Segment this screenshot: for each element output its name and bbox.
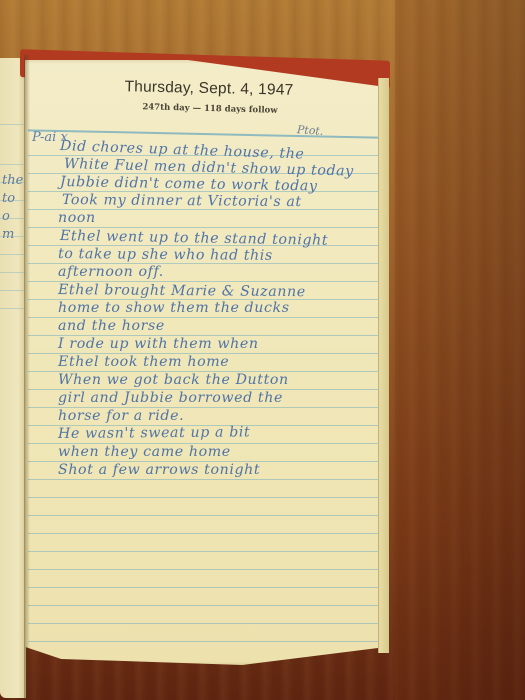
- entry-line: when they came home: [58, 444, 231, 460]
- wood-tabletop: [395, 0, 525, 700]
- entry-line: Shot a few arrows tonight: [58, 462, 260, 478]
- margin-note-top-right: Ptot.: [297, 123, 324, 138]
- left-page-edge: the to o m: [0, 58, 26, 698]
- entry-line: Took my dinner at Victoria's at: [62, 192, 302, 210]
- entry-line: Ethel took them home: [58, 354, 229, 370]
- entry-line: girl and Jubbie borrowed the: [58, 390, 283, 406]
- book-spine-shadow: [24, 55, 30, 700]
- entry-line: I rode up with them when: [58, 336, 259, 352]
- day-count-subtitle: 247th day — 118 days follow: [65, 100, 355, 118]
- page-date-title: Thursday, Sept. 4, 1947: [63, 77, 355, 101]
- left-page-fragment: m: [2, 227, 14, 242]
- entry-line: home to show them the ducks: [58, 300, 290, 316]
- left-page-fragment: the: [2, 173, 23, 188]
- entry-line: afternoon off.: [58, 264, 164, 280]
- page-header: Thursday, Sept. 4, 1947 247th day — 118 …: [25, 80, 355, 114]
- entry-line: Ethel brought Marie & Suzanne: [58, 282, 306, 300]
- left-page-fragment: o: [2, 209, 10, 224]
- entry-line: horse for a ride.: [58, 408, 184, 424]
- entry-line: When we got back the Dutton: [58, 372, 289, 388]
- page-stack-edge: [378, 78, 389, 653]
- left-page-fragment: to: [2, 191, 15, 206]
- entry-line: to take up she who had this: [58, 246, 273, 264]
- entry-line: and the horse: [58, 318, 165, 334]
- entry-line: He wasn't sweat up a bit: [58, 424, 250, 442]
- entry-line: noon: [58, 210, 96, 226]
